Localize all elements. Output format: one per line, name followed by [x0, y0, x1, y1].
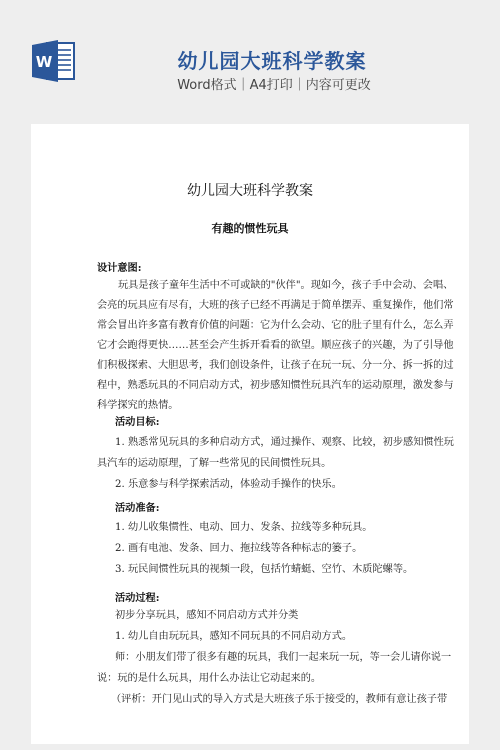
- paragraph-line: 师：小朋友们带了很多有趣的玩具，我们一起来玩一玩，等一会儿请你说一: [115, 651, 451, 665]
- document-subtitle: 有趣的惯性玩具: [31, 220, 469, 236]
- document-title: 幼儿园大班科学教案: [31, 180, 469, 200]
- section-heading-design-intent: 设计意图:: [97, 261, 142, 275]
- paragraph-line: 科学探究的热情。: [97, 399, 179, 413]
- paragraph-line: 常会冒出许多富有教育价值的问题：它为什么会动、它的肚子里有什么，怎么弄: [97, 319, 454, 333]
- paragraph-line: 会亮的玩具应有尽有，大班的孩子已经不再满足于简单摆弄、重复操作，他们常: [97, 299, 454, 313]
- paragraph-line: 程中，熟悉玩具的不同启动方式，初步感知惯性玩具汽车的运动原理，激发参与: [97, 379, 454, 393]
- list-item: 2. 乐意参与科学探索活动，体验动手操作的快乐。: [115, 478, 342, 492]
- document-page: 幼儿园大班科学教案 有趣的惯性玩具 设计意图: 玩具是孩子童年生活中不可或缺的"…: [31, 124, 469, 744]
- paragraph-line: 初步分享玩具，感知不同启动方式并分类: [115, 609, 298, 623]
- section-heading-preparation: 活动准备:: [115, 501, 160, 515]
- paragraph-line: 说：玩的是什么玩具，用什么办法让它动起来的。: [97, 672, 321, 686]
- paragraph-line: （评析：开门见山式的导入方式是大班孩子乐于接受的，教师有意让孩子带: [111, 693, 447, 707]
- paragraph-line: 1. 幼儿自由玩玩具，感知不同玩具的不同启动方式。: [115, 630, 352, 644]
- list-item: 1. 幼儿收集惯性、电动、回力、发条、拉线等多种玩具。: [115, 521, 372, 535]
- header-subtitle: Word格式｜A4打印｜内容可更改: [0, 74, 500, 93]
- paragraph-line: 们积极探索、大胆思考，我们创设条件，让孩子在玩一玩、分一分、拆一拆的过: [97, 359, 454, 373]
- list-item: 具汽车的运动原理，了解一些常见的民间惯性玩具。: [97, 457, 331, 471]
- paragraph-line: 它才会跑得更快……甚至会产生拆开看看的欲望。顺应孩子的兴趣，为了引导他: [97, 339, 454, 353]
- paragraph-line: 玩具是孩子童年生活中不可或缺的"伙伴"。现如今，孩子手中会动、会唱、: [118, 279, 453, 293]
- list-item: 2. 画有电池、发条、回力、拖拉线等各种标志的篓子。: [115, 542, 362, 556]
- document-header: W 幼儿园大班科学教案 Word格式｜A4打印｜内容可更改: [0, 0, 500, 110]
- section-heading-process: 活动过程:: [115, 591, 160, 605]
- list-item: 1. 熟悉常见玩具的多种启动方式，通过操作、观察、比较，初步感知惯性玩: [115, 436, 454, 450]
- list-item: 3. 玩民间惯性玩具的视频一段，包括竹蜻蜓、空竹、木质陀螺等。: [115, 563, 413, 577]
- section-heading-goals: 活动目标:: [115, 415, 160, 429]
- header-title: 幼儿园大班科学教案: [0, 45, 500, 74]
